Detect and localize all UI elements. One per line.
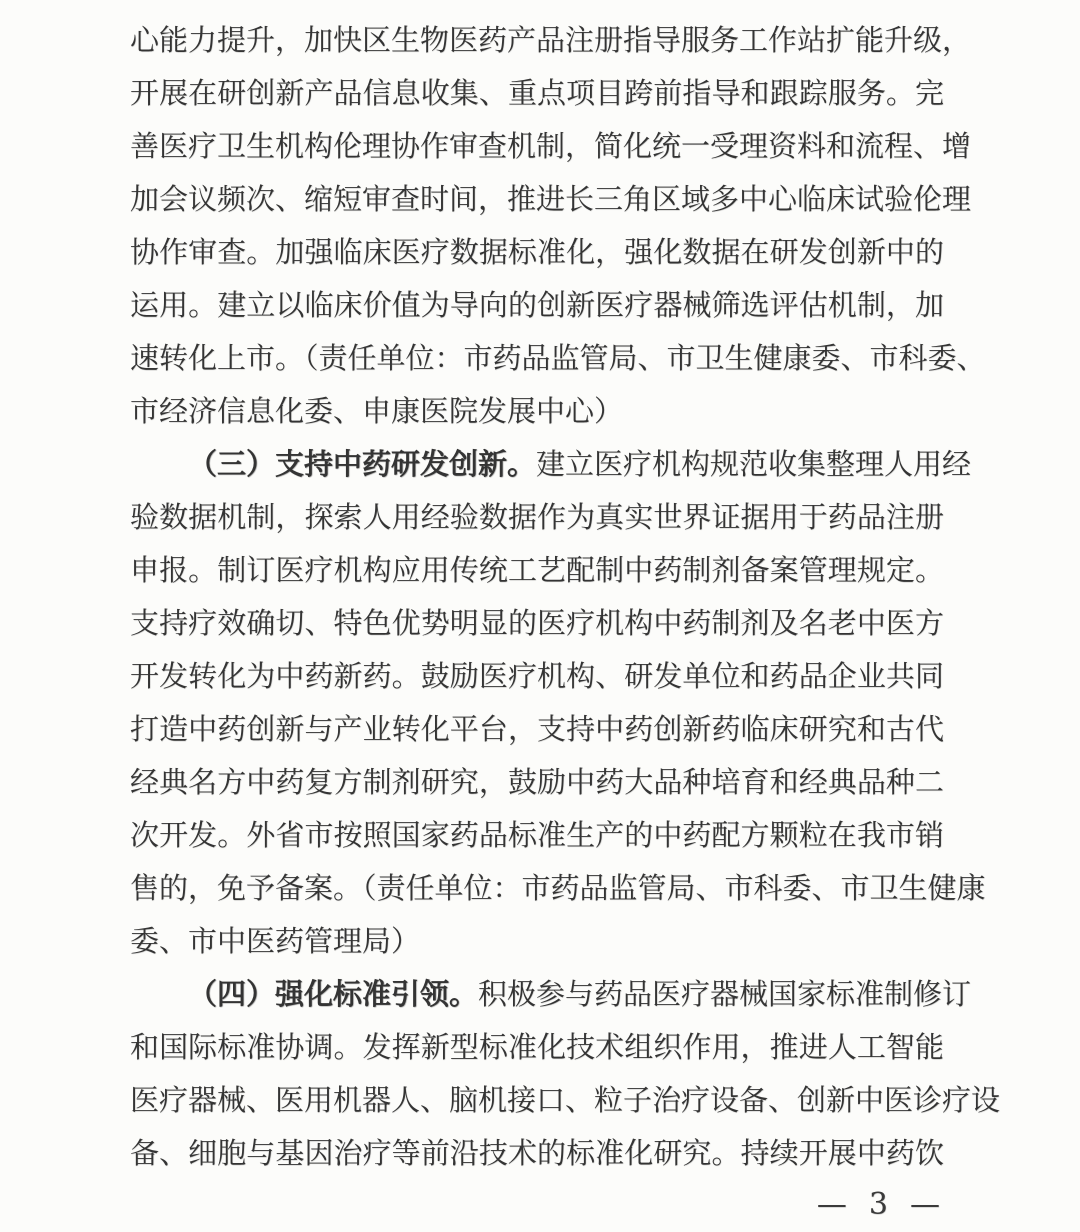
body-text: 医疗器械、医用机器人、脑机接口、粒子治疗设备、创新中医诊疗设 xyxy=(130,1083,1000,1117)
text-line: 备、细胞与基因治疗等前沿技术的标准化研究。持续开展中药饮 xyxy=(130,1127,944,1180)
body-text: 善医疗卫生机构伦理协作审查机制，简化统一受理资料和流程、增 xyxy=(130,129,971,163)
text-line: 验数据机制，探索人用经验数据作为真实世界证据用于药品注册 xyxy=(130,491,944,544)
text-line: 开发转化为中药新药。鼓励医疗机构、研发单位和药品企业共同 xyxy=(130,650,944,703)
text-line: 委、市中医药管理局） xyxy=(130,915,944,968)
body-text: 心能力提升，加快区生物医药产品注册指导服务工作站扩能升级， xyxy=(130,23,971,57)
body-text: 开展在研创新产品信息收集、重点项目跨前指导和跟踪服务。完 xyxy=(130,76,944,110)
text-line: （三）支持中药研发创新。建立医疗机构规范收集整理人用经 xyxy=(130,438,944,491)
text-line: 速转化上市。（责任单位：市药品监管局、市卫生健康委、市科委、 xyxy=(130,332,944,385)
body-text: 开发转化为中药新药。鼓励医疗机构、研发单位和药品企业共同 xyxy=(130,659,944,693)
body-text: 建立医疗机构规范收集整理人用经 xyxy=(536,447,971,481)
section-heading-text: （四）强化标准引领。 xyxy=(188,977,478,1011)
body-text: 验数据机制，探索人用经验数据作为真实世界证据用于药品注册 xyxy=(130,500,944,534)
text-line: 支持疗效确切、特色优势明显的医疗机构中药制剂及名老中医方 xyxy=(130,597,944,650)
body-text: 打造中药创新与产业转化平台，支持中药创新药临床研究和古代 xyxy=(130,712,944,746)
text-line: 开展在研创新产品信息收集、重点项目跨前指导和跟踪服务。完 xyxy=(130,67,944,120)
text-line: 善医疗卫生机构伦理协作审查机制，简化统一受理资料和流程、增 xyxy=(130,120,944,173)
body-text: 市经济信息化委、申康医院发展中心） xyxy=(130,394,623,428)
body-text: 协作审查。加强临床医疗数据标准化，强化数据在研发创新中的 xyxy=(130,235,944,269)
body-text: 次开发。外省市按照国家药品标准生产的中药配方颗粒在我市销 xyxy=(130,818,944,852)
body-text: 运用。建立以临床价值为导向的创新医疗器械筛选评估机制，加 xyxy=(130,288,944,322)
text-line: 售的，免予备案。（责任单位：市药品监管局、市科委、市卫生健康 xyxy=(130,862,944,915)
document-body: 心能力提升，加快区生物医药产品注册指导服务工作站扩能升级，开展在研创新产品信息收… xyxy=(130,14,944,1180)
body-text: 委、市中医药管理局） xyxy=(130,924,420,958)
text-line: 次开发。外省市按照国家药品标准生产的中药配方颗粒在我市销 xyxy=(130,809,944,862)
text-line: 打造中药创新与产业转化平台，支持中药创新药临床研究和古代 xyxy=(130,703,944,756)
body-text: 售的，免予备案。（责任单位：市药品监管局、市科委、市卫生健康 xyxy=(130,871,986,905)
body-text: 加会议频次、缩短审查时间，推进长三角区域多中心临床试验伦理 xyxy=(130,182,971,216)
text-line: （四）强化标准引领。积极参与药品医疗器械国家标准制修订 xyxy=(130,968,944,1021)
body-text: 申报。制订医疗机构应用传统工艺配制中药制剂备案管理规定。 xyxy=(130,553,944,587)
text-line: 加会议频次、缩短审查时间，推进长三角区域多中心临床试验伦理 xyxy=(130,173,944,226)
body-text: 备、细胞与基因治疗等前沿技术的标准化研究。持续开展中药饮 xyxy=(130,1136,944,1170)
page-number: 3 xyxy=(869,1180,888,1230)
text-line: 心能力提升，加快区生物医药产品注册指导服务工作站扩能升级， xyxy=(130,14,944,67)
text-line: 市经济信息化委、申康医院发展中心） xyxy=(130,385,944,438)
footer-right-dash: — xyxy=(910,1180,940,1230)
page-footer: —3— xyxy=(130,1180,944,1230)
body-text: 和国际标准协调。发挥新型标准化技术组织作用，推进人工智能 xyxy=(130,1030,944,1064)
text-line: 协作审查。加强临床医疗数据标准化，强化数据在研发创新中的 xyxy=(130,226,944,279)
body-text: 积极参与药品医疗器械国家标准制修订 xyxy=(478,977,971,1011)
footer-left-dash: — xyxy=(817,1180,847,1230)
text-line: 医疗器械、医用机器人、脑机接口、粒子治疗设备、创新中医诊疗设 xyxy=(130,1074,944,1127)
text-line: 经典名方中药复方制剂研究，鼓励中药大品种培育和经典品种二 xyxy=(130,756,944,809)
text-line: 和国际标准协调。发挥新型标准化技术组织作用，推进人工智能 xyxy=(130,1021,944,1074)
text-line: 运用。建立以临床价值为导向的创新医疗器械筛选评估机制，加 xyxy=(130,279,944,332)
text-line: 申报。制订医疗机构应用传统工艺配制中药制剂备案管理规定。 xyxy=(130,544,944,597)
body-text: 速转化上市。（责任单位：市药品监管局、市卫生健康委、市科委、 xyxy=(130,341,986,375)
body-text: 支持疗效确切、特色优势明显的医疗机构中药制剂及名老中医方 xyxy=(130,606,944,640)
body-text: 经典名方中药复方制剂研究，鼓励中药大品种培育和经典品种二 xyxy=(130,765,944,799)
section-heading-text: （三）支持中药研发创新。 xyxy=(188,447,536,481)
document-page: 心能力提升，加快区生物医药产品注册指导服务工作站扩能升级，开展在研创新产品信息收… xyxy=(0,0,1080,1232)
